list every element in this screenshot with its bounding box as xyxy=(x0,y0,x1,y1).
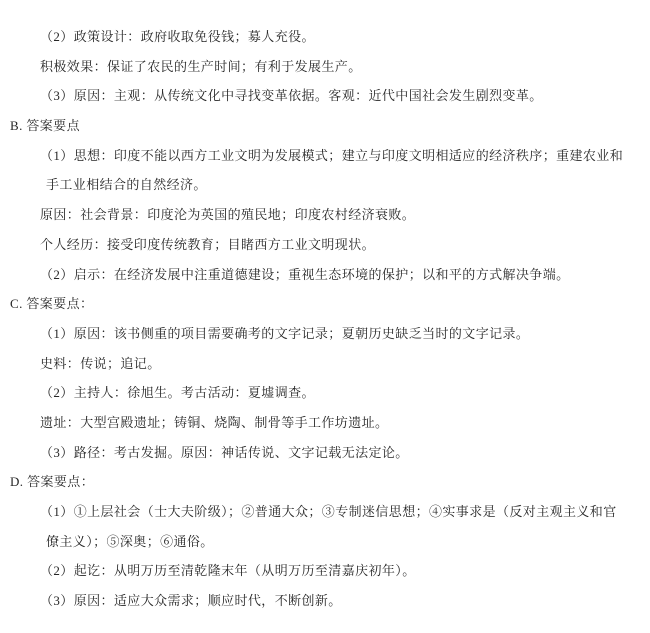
answer-line: （1）①上层社会（士大夫阶级）；②普通大众；③专制迷信思想；④实事求是（反对主观… xyxy=(0,497,650,527)
answer-line: （3）原因：主观：从传统文化中寻找变革依据。客观：近代中国社会发生剧烈变革。 xyxy=(0,81,650,111)
document-page: （2）政策设计：政府收取免役钱；募人充役。 积极效果：保证了农民的生产时间；有利… xyxy=(0,0,650,633)
section-heading-b: B. 答案要点 xyxy=(0,111,650,141)
answer-line: 个人经历：接受印度传统教育；目睹西方工业文明现状。 xyxy=(0,230,650,260)
answer-line: （3）路径：考古发掘。原因：神话传说、文字记载无法定论。 xyxy=(0,438,650,468)
answer-line: （2）起讫：从明万历至清乾隆末年（从明万历至清嘉庆初年）。 xyxy=(0,556,650,586)
answer-line: （2）启示：在经济发展中注重道德建设；重视生态环境的保护；以和平的方式解决争端。 xyxy=(0,260,650,290)
answer-line: （2）主持人：徐旭生。考古活动：夏墟调查。 xyxy=(0,378,650,408)
answer-line: 原因：社会背景：印度沦为英国的殖民地；印度农村经济衰败。 xyxy=(0,200,650,230)
section-heading-d: D. 答案要点： xyxy=(0,467,650,497)
section-heading-c: C. 答案要点： xyxy=(0,289,650,319)
answer-line-wrap: 僚主义）；⑤深奥；⑥通俗。 xyxy=(0,527,650,557)
answer-line: 积极效果：保证了农民的生产时间；有利于发展生产。 xyxy=(0,52,650,82)
answer-line: （1）思想：印度不能以西方工业文明为发展模式；建立与印度文明相适应的经济秩序；重… xyxy=(0,141,650,171)
answer-line: 史料：传说；追记。 xyxy=(0,349,650,379)
answer-line: 遗址：大型宫殿遗址；铸铜、烧陶、制骨等手工作坊遗址。 xyxy=(0,408,650,438)
answer-line: （1）原因：该书侧重的项目需要确考的文字记录；夏朝历史缺乏当时的文字记录。 xyxy=(0,319,650,349)
answer-line: （2）政策设计：政府收取免役钱；募人充役。 xyxy=(0,22,650,52)
answer-line-wrap: 手工业相结合的自然经济。 xyxy=(0,170,650,200)
answer-line: （3）原因：适应大众需求；顺应时代，不断创新。 xyxy=(0,586,650,616)
